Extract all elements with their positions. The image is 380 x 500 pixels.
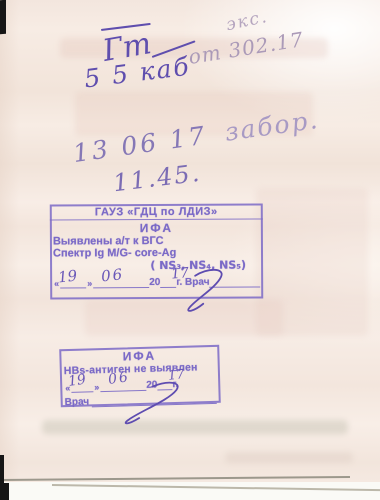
handwritten-day: 19 [57,268,78,285]
stamp-doctor-row: Врач [64,389,216,408]
handwritten-month: 06 [100,267,125,284]
stamp-method-label: ИФА [53,220,260,235]
doctor-signature [116,379,207,427]
doctor-label: Врач [65,396,90,408]
doctor-signature [181,268,251,314]
handwritten-day: 19 [67,373,87,389]
quote-close: » [86,278,93,288]
handwritten-collection-time: 11.45. [112,161,203,196]
stamp-date-row: « » 20 г. Врач 19 06 17 [53,271,260,288]
stamp-org-name: ГАУЗ «ГДЦ по ЛДИЗ» [53,205,260,218]
century-text: 20 [149,277,160,288]
pencil-note-exp: экс. [225,9,270,34]
handwritten-cabinet-note: 5 5 каб [83,54,192,92]
pencil-note-ref: от 302.17 [187,29,305,67]
scanner-artifact [0,483,9,500]
stamp-hcv-result: ГАУЗ «ГДЦ по ЛДИЗ» ИФА Выявлены а/т к ВГ… [50,203,263,299]
page-edge-line [52,484,380,491]
stamp-hbs-result: ИФА HBs-антиген не выявлен « » 20 г. 19 … [59,345,221,407]
bleedthrough-blot [225,452,353,463]
paper-sheet: Гт 5 5 каб экс. от 302.17 13 06 17 забор… [0,0,380,482]
stamp-spectrum-text: Спектр Ig M/G- core-Ag [53,246,260,259]
scanner-artifact [0,0,6,34]
stamp-result-text: Выявлены а/т к ВГС [53,234,260,247]
scanned-page: Гт 5 5 каб экс. от 302.17 13 06 17 забор… [0,0,380,500]
